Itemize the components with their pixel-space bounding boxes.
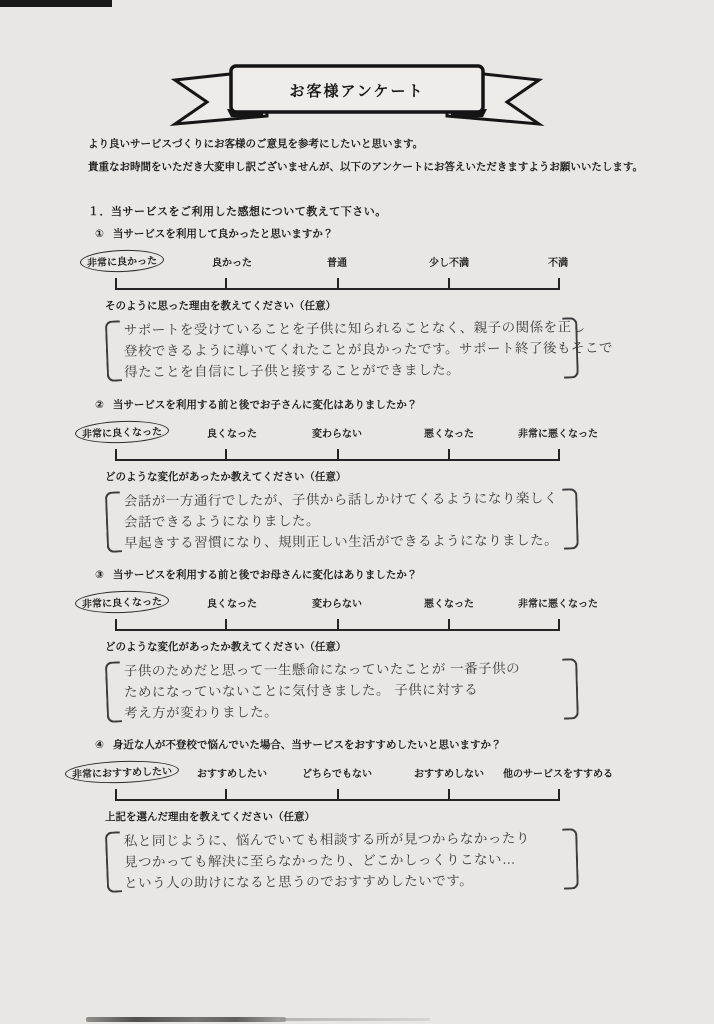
question-text: 身近な人が不登校で悩んでいた場合、当サービスをおすすめしたいと思いますか？ [113,739,502,751]
handwritten-line: 早起きする習慣になり、規則正しい生活ができるようになりました。 [124,529,564,553]
page-title: お客様アンケート [231,80,483,101]
option: どちらでもない [302,765,372,780]
question-text: 当サービスを利用する前と後でお子さんに変化はありましたか？ [113,399,418,411]
handwritten-line: 見つかっても解決に至らなかったり、どこかしっくりこない… [124,848,564,872]
reason-prompt: そのように思った理由を教えてください（任意） [0,298,714,313]
handwritten-answer: 会話が一方通行でしたが、子供から話しかけてくるようになり楽しく 会話できるように… [124,487,564,553]
question-title: ③当サービスを利用する前と後でお母さんに変化はありましたか？ [0,568,714,582]
option: 他のサービスをすすめる [503,765,613,780]
answer-bracket-right [562,828,579,889]
option-selected: 非常に良くなった [75,589,170,614]
rating-scale [115,449,560,461]
reason-prompt: どのような変化があったか教えてください（任意） [0,639,714,654]
reason-prompt: 上記を選んだ理由を教えてください（任意） [0,809,714,824]
reason-prompt: どのような変化があったか教えてください（任意） [0,469,714,484]
question-block-3: ③当サービスを利用する前と後でお母さんに変化はありましたか？ 非常に良くなった … [0,568,714,722]
question-block-1: ①当サービスを利用して良かったと思いますか？ 非常に良かった 良かった 普通 少… [0,227,714,381]
handwritten-answer: 子供のためだと思って一生懸命になっていたことが 一番子供の ためになっていないこ… [124,657,564,723]
answer-bracket-left [105,831,122,893]
answer-bracket-left [105,661,122,723]
question-title: ②当サービスを利用する前と後でお子さんに変化はありましたか？ [0,398,714,412]
scan-artifact-bottom-faint [280,1018,430,1021]
option: 非常に悪くなった [518,595,598,610]
handwritten-line: という人の助けになると思うのでおすすめしたいです。 [124,869,564,893]
scan-artifact-top [0,0,112,7]
answer-bracket-right [562,658,579,719]
option: 悪くなった [424,595,474,610]
rating-scale [115,278,560,290]
handwritten-answer: 私と同じように、悩んでいても相談する所が見つからなかったり 見つかっても解決に至… [124,827,564,893]
question-number: ③ [95,569,104,581]
answer-bracket-left [105,320,122,382]
question-block-2: ②当サービスを利用する前と後でお子さんに変化はありましたか？ 非常に良くなった … [0,398,714,552]
question-block-4: ④身近な人が不登校で悩んでいた場合、当サービスをおすすめしたいと思いますか？ 非… [0,738,714,892]
title-banner: お客様アンケート [167,56,547,128]
intro-line-1: より良いサービスづくりにお客様のご意見を参考にしたいと思います。 [88,136,423,151]
rating-scale [115,789,560,801]
intro-line-2: 貴重なお時間をいただき大変申し訳ございませんが、以下のアンケートにお答えいただき… [88,159,643,174]
option-selected: 非常に良かった [80,249,165,274]
option: 変わらない [312,425,362,440]
option: おすすめしない [414,765,484,780]
option: 非常に悪くなった [518,425,598,440]
question-title: ④身近な人が不登校で悩んでいた場合、当サービスをおすすめしたいと思いますか？ [0,738,714,752]
option-row: 非常に良くなった 良くなった 変わらない 悪くなった 非常に悪くなった [0,589,714,615]
section-heading: １．当サービスをご利用した感想について教えて下さい。 [88,203,387,219]
option: 不満 [548,254,568,269]
question-text: 当サービスを利用する前と後でお母さんに変化はありましたか？ [113,569,418,581]
handwritten-line: 会話が一方通行でしたが、子供から話しかけてくるようになり楽しく [124,487,564,511]
question-number: ① [95,228,104,240]
option: 少し不満 [429,254,469,269]
option: 良かった [212,254,252,269]
option: 変わらない [312,595,362,610]
option: 良くなった [207,595,257,610]
handwritten-line: 子供のためだと思って一生懸命になっていたことが 一番子供の [124,657,564,681]
answer-bracket-left [105,491,122,553]
rating-scale [115,619,560,631]
option-row: 非常におすすめしたい おすすめしたい どちらでもない おすすめしない 他のサービ… [0,759,714,785]
question-number: ② [95,399,104,411]
option-row: 非常に良かった 良かった 普通 少し不満 不満 [0,248,714,274]
answer-bracket-right [562,317,579,378]
handwritten-line: 考え方が変わりました。 [124,699,564,723]
option-selected: 非常におすすめしたい [65,759,180,785]
question-text: 当サービスを利用して良かったと思いますか？ [113,228,334,240]
option-row: 非常に良くなった 良くなった 変わらない 悪くなった 非常に悪くなった [0,419,714,445]
option: 普通 [327,254,347,269]
scan-artifact-bottom [86,1017,286,1022]
handwritten-answer: サポートを受けていることを子供に知られることなく、親子の関係を正し 登校できるよ… [124,316,564,382]
option: おすすめしたい [197,765,267,780]
question-title: ①当サービスを利用して良かったと思いますか？ [0,227,714,241]
question-number: ④ [95,739,104,751]
handwritten-line: 登校できるように導いてくれたことが良かったです。サポート終了後もそこで [124,337,564,361]
option: 悪くなった [424,425,474,440]
answer-bracket-right [562,488,579,549]
handwritten-line: 得たことを自信にし子供と接することができました。 [124,358,564,382]
option: 良くなった [207,425,257,440]
option-selected: 非常に良くなった [75,419,170,444]
